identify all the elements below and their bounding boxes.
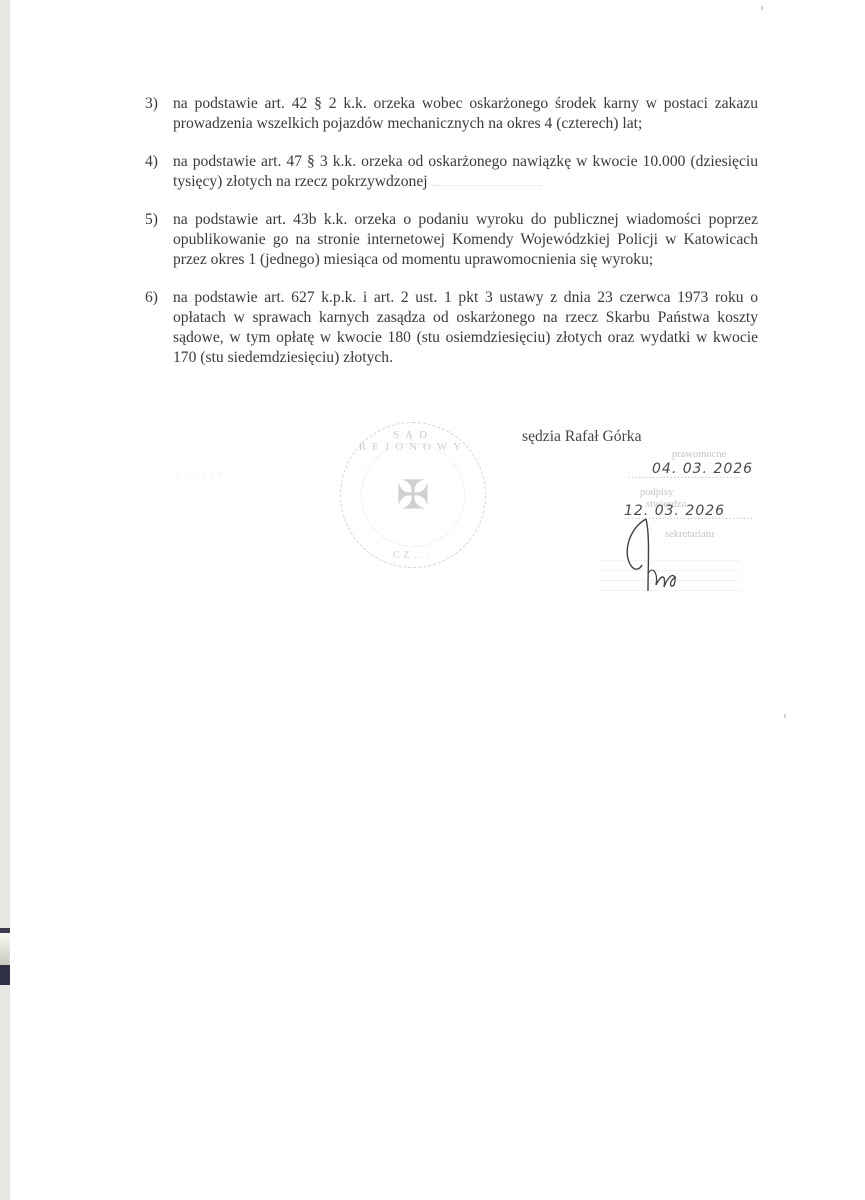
judgment-items-list: 3) na podstawie art. 42 § 2 k.k. orzeka … [145,94,758,386]
item-number: 4) [145,152,173,192]
item-text-wrapper: na podstawie art. 47 § 3 k.k. orzeka od … [173,152,758,192]
prawomocne-label: prawomocne [672,449,726,460]
redacted-name [432,184,542,186]
scan-speck [784,714,786,718]
scan-edge-strip [0,0,10,1200]
prawomocne-date-handwritten: 04. 03. 2026 [652,461,753,477]
item-number: 6) [145,288,173,368]
item-number: 3) [145,94,173,134]
scan-edge-mark [0,933,10,965]
judgment-item: 5) na podstawie art. 43b k.k. orzeka o p… [145,210,758,270]
judgment-item: 6) na podstawie art. 627 k.p.k. i art. 2… [145,288,758,368]
stamp-bottom-text: CZ... [341,550,485,561]
eagle-emblem-icon: ✠ [396,472,430,519]
judge-signature-line: sędzia Rafał Górka [522,428,642,446]
item-text: na podstawie art. 627 k.p.k. i art. 2 us… [173,288,758,368]
judgment-item: 4) na podstawie art. 47 § 3 k.k. orzeka … [145,152,758,192]
faint-scan-text: · · · · · · [176,470,224,479]
item-text: na podstawie art. 43b k.k. orzeka o poda… [173,210,758,270]
item-text: na podstawie art. 42 § 2 k.k. orzeka wob… [173,94,758,134]
scan-speck [761,6,763,10]
court-seal-stamp: SĄD REJONOWY ✠ CZ... [340,422,486,568]
faint-stamp-text [600,560,740,600]
scan-edge-mark [0,965,10,985]
item-number: 5) [145,210,173,270]
podpisy-label: podpisy [640,487,673,498]
judgment-item: 3) na podstawie art. 42 § 2 k.k. orzeka … [145,94,758,134]
